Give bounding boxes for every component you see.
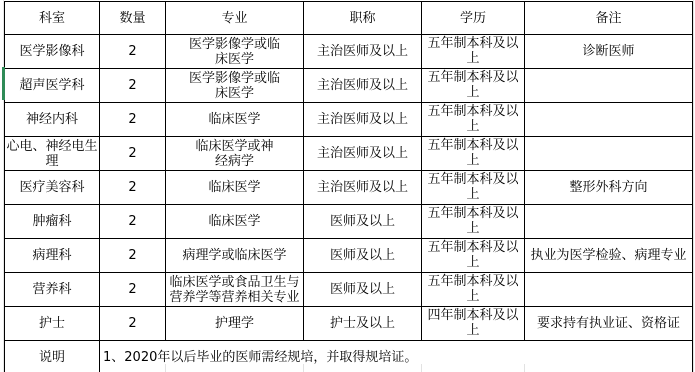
cell-dept[interactable]: 医学影像科 <box>5 35 100 69</box>
cell-note[interactable]: 诊断医师 <box>525 35 693 69</box>
education-text: 五年制本科及以上 <box>428 70 519 100</box>
cell-dept[interactable]: 医疗美容科 <box>5 171 100 205</box>
cell-education[interactable]: 五年制本科及以上 <box>422 103 525 137</box>
cell-note[interactable] <box>525 273 693 307</box>
footer-text[interactable]: 1、2020年以后毕业的医师需经规培，并取得规培证。 <box>100 341 693 372</box>
cell-dept[interactable]: 超声医学科 <box>5 69 100 103</box>
header-note[interactable]: 备注 <box>525 2 693 35</box>
education-text: 五年制本科及以上 <box>428 104 519 134</box>
education-text: 五年制本科及以上 <box>428 274 519 304</box>
education-text: 四年制本科及以上 <box>428 308 519 338</box>
cell-education[interactable]: 五年制本科及以上 <box>422 273 525 307</box>
cell-education[interactable]: 五年制本科及以上 <box>422 35 525 69</box>
recruitment-table: 科室 数量 专业 职称 学历 备注 医学影像科 2 医学影像学或临床医学 主治医… <box>4 1 693 372</box>
cell-title[interactable]: 医师及以上 <box>304 273 422 307</box>
major-text: 医学影像学或临床医学 <box>185 71 285 101</box>
cell-major[interactable]: 医学影像学或临床医学 <box>166 35 304 69</box>
cell-major[interactable]: 护理学 <box>166 307 304 341</box>
cell-title[interactable]: 主治医师及以上 <box>304 171 422 205</box>
cell-major[interactable]: 临床医学或食品卫生与营养学等营养相关专业 <box>166 273 304 307</box>
cell-major[interactable]: 临床医学或神经病学 <box>166 137 304 171</box>
cell-major[interactable]: 医学影像学或临床医学 <box>166 69 304 103</box>
cell-title[interactable]: 主治医师及以上 <box>304 103 422 137</box>
cell-count[interactable]: 2 <box>100 239 166 273</box>
major-text: 临床医学或神经病学 <box>195 139 275 169</box>
cell-education[interactable]: 五年制本科及以上 <box>422 171 525 205</box>
cell-note[interactable] <box>525 103 693 137</box>
table-row: 病理科 2 病理学或临床医学 医师及以上 五年制本科及以上 执业为医学检验、病理… <box>5 239 693 273</box>
cell-education[interactable]: 五年制本科及以上 <box>422 205 525 239</box>
major-text: 医学影像学或临床医学 <box>185 37 285 67</box>
sheet-gridline-right <box>693 0 694 372</box>
education-text: 五年制本科及以上 <box>428 206 519 236</box>
cell-education[interactable]: 五年制本科及以上 <box>422 137 525 171</box>
cell-note[interactable]: 要求持有执业证、资格证 <box>525 307 693 341</box>
header-education[interactable]: 学历 <box>422 2 525 35</box>
cell-note[interactable] <box>525 137 693 171</box>
footer-label[interactable]: 说明 <box>5 341 100 372</box>
cell-dept[interactable]: 肿瘤科 <box>5 205 100 239</box>
education-text: 五年制本科及以上 <box>428 172 519 202</box>
cell-count[interactable]: 2 <box>100 35 166 69</box>
cell-major[interactable]: 临床医学 <box>166 103 304 137</box>
cell-major[interactable]: 临床医学 <box>166 171 304 205</box>
cell-count[interactable]: 2 <box>100 205 166 239</box>
header-major[interactable]: 专业 <box>166 2 304 35</box>
education-text: 五年制本科及以上 <box>428 240 519 270</box>
cell-count[interactable]: 2 <box>100 69 166 103</box>
cell-title[interactable]: 医师及以上 <box>304 205 422 239</box>
cell-dept[interactable]: 心电、神经电生理 <box>5 137 100 171</box>
cell-dept[interactable]: 神经内科 <box>5 103 100 137</box>
table-row: 超声医学科 2 医学影像学或临床医学 主治医师及以上 五年制本科及以上 <box>5 69 693 103</box>
table-row: 医学影像科 2 医学影像学或临床医学 主治医师及以上 五年制本科及以上 诊断医师 <box>5 35 693 69</box>
cell-count[interactable]: 2 <box>100 103 166 137</box>
row-selection-marker <box>2 67 5 100</box>
education-text: 五年制本科及以上 <box>428 36 519 66</box>
table-row: 医疗美容科 2 临床医学 主治医师及以上 五年制本科及以上 整形外科方向 <box>5 171 693 205</box>
table-row: 肿瘤科 2 临床医学 医师及以上 五年制本科及以上 <box>5 205 693 239</box>
table-row: 营养科 2 临床医学或食品卫生与营养学等营养相关专业 医师及以上 五年制本科及以… <box>5 273 693 307</box>
table-row: 心电、神经电生理 2 临床医学或神经病学 主治医师及以上 五年制本科及以上 <box>5 137 693 171</box>
cell-dept[interactable]: 营养科 <box>5 273 100 307</box>
spreadsheet-sheet: 科室 数量 专业 职称 学历 备注 医学影像科 2 医学影像学或临床医学 主治医… <box>0 0 695 372</box>
cell-title[interactable]: 主治医师及以上 <box>304 137 422 171</box>
footer-row: 说明 1、2020年以后毕业的医师需经规培，并取得规培证。 <box>5 341 693 372</box>
cell-education[interactable]: 五年制本科及以上 <box>422 239 525 273</box>
table-row: 护士 2 护理学 护士及以上 四年制本科及以上 要求持有执业证、资格证 <box>5 307 693 341</box>
cell-count[interactable]: 2 <box>100 307 166 341</box>
cell-count[interactable]: 2 <box>100 171 166 205</box>
cell-title[interactable]: 主治医师及以上 <box>304 69 422 103</box>
cell-dept[interactable]: 护士 <box>5 307 100 341</box>
cell-major[interactable]: 临床医学 <box>166 205 304 239</box>
cell-education[interactable]: 四年制本科及以上 <box>422 307 525 341</box>
header-count[interactable]: 数量 <box>100 2 166 35</box>
major-text: 临床医学或食品卫生与营养学等营养相关专业 <box>170 275 300 305</box>
header-row: 科室 数量 专业 职称 学历 备注 <box>5 2 693 35</box>
cell-major[interactable]: 病理学或临床医学 <box>166 239 304 273</box>
cell-note[interactable] <box>525 69 693 103</box>
header-dept[interactable]: 科室 <box>5 2 100 35</box>
cell-count[interactable]: 2 <box>100 137 166 171</box>
cell-note[interactable]: 整形外科方向 <box>525 171 693 205</box>
education-text: 五年制本科及以上 <box>428 138 519 168</box>
cell-education[interactable]: 五年制本科及以上 <box>422 69 525 103</box>
cell-title[interactable]: 主治医师及以上 <box>304 35 422 69</box>
cell-title[interactable]: 医师及以上 <box>304 239 422 273</box>
header-title[interactable]: 职称 <box>304 2 422 35</box>
table-row: 神经内科 2 临床医学 主治医师及以上 五年制本科及以上 <box>5 103 693 137</box>
cell-note[interactable] <box>525 205 693 239</box>
cell-title[interactable]: 护士及以上 <box>304 307 422 341</box>
cell-dept[interactable]: 病理科 <box>5 239 100 273</box>
cell-count[interactable]: 2 <box>100 273 166 307</box>
cell-note[interactable]: 执业为医学检验、病理专业 <box>525 239 693 273</box>
